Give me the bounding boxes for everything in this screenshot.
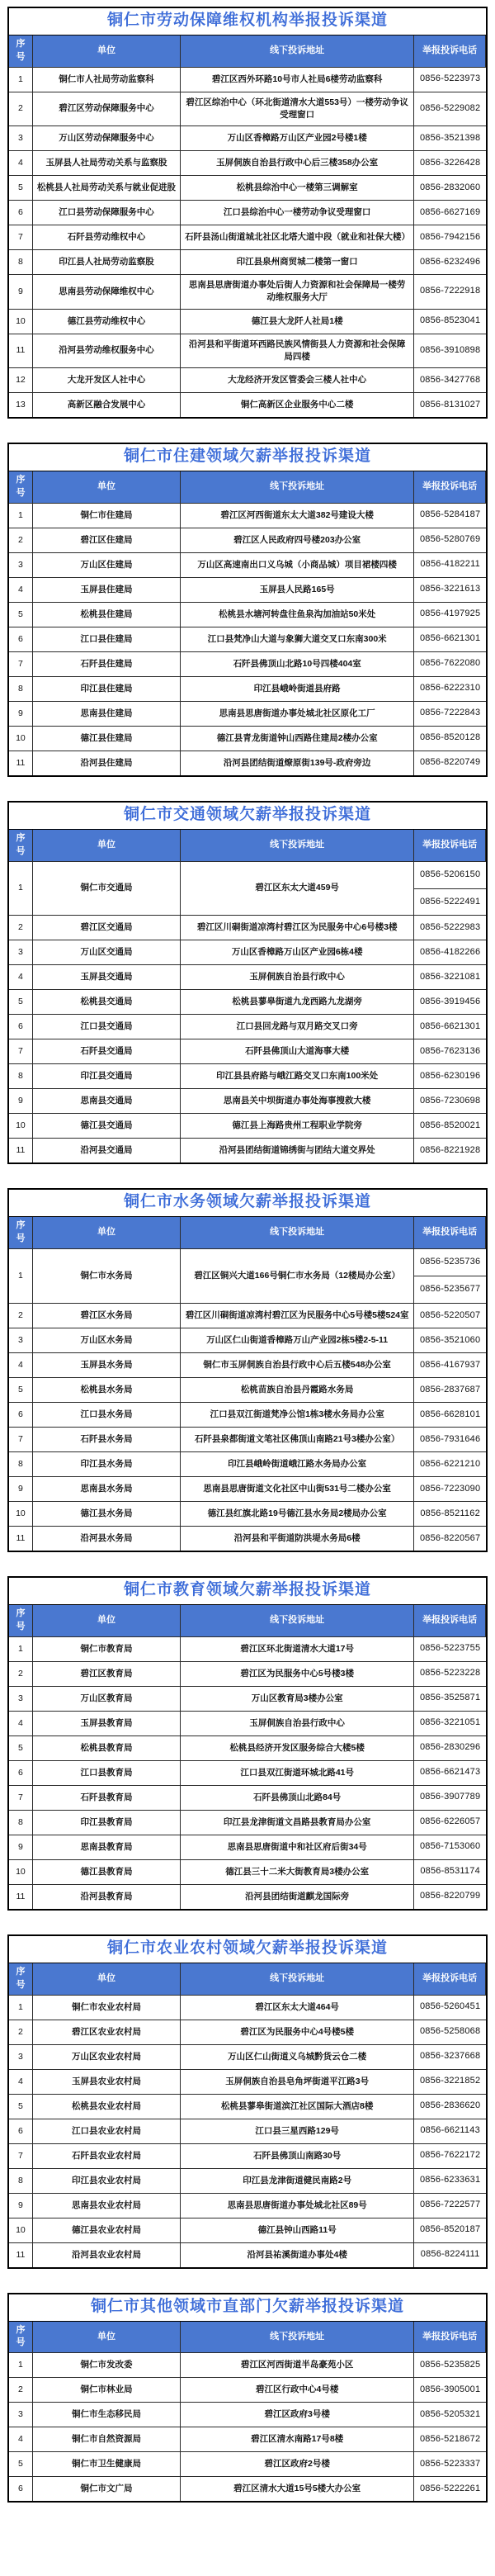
cell-address: 碧江区西外环路10号市人社局6楼劳动监察科	[181, 67, 414, 92]
cell-phone: 0856-2836620	[414, 2094, 486, 2119]
report-table: 铜仁市住建领域欠薪举报投诉渠道序号单位线下投诉地址举报投诉电话1铜仁市住建局碧江…	[7, 443, 488, 777]
cell-address: 思南县关中坝街道办事处海事搜救大楼	[181, 1088, 414, 1113]
cell-phone: 0856-7223090	[414, 1476, 486, 1501]
cell-no: 11	[9, 2242, 33, 2267]
phone-line: 0856-5235677	[414, 1276, 486, 1303]
table-row: 2碧江区农业农村局碧江区为民服务中心4号楼5楼0856-5258068	[9, 2020, 486, 2044]
cell-no: 2	[9, 528, 33, 552]
header-cell-unit: 单位	[33, 1605, 181, 1636]
header-cell-phone: 举报投诉电话	[414, 1605, 486, 1636]
cell-unit: 印江县人社局劳动监察股	[33, 249, 181, 274]
cell-address: 碧江区河西街道东太大道382号建设大楼	[181, 503, 414, 528]
cell-unit: 沿河县交通局	[33, 1138, 181, 1163]
cell-unit: 松桃县农业农村局	[33, 2094, 181, 2119]
table-row: 2碧江区教育局碧江区为民服务中心5号楼3楼0856-5223228	[9, 1661, 486, 1686]
header-cell-unit: 单位	[33, 1963, 181, 1995]
cell-phone: 0856-8520128	[414, 726, 486, 751]
cell-unit: 思南县农业农村局	[33, 2193, 181, 2218]
cell-no: 2	[9, 1303, 33, 1328]
cell-address: 石阡县汤山街道城北社区北塔大道中段（就业和社保大楼）	[181, 225, 414, 249]
cell-phone: 0856-7622080	[414, 651, 486, 676]
cell-phone: 0856-52357360856-5235677	[414, 1248, 486, 1303]
cell-phone: 0856-5223973	[414, 67, 486, 92]
table-row: 4玉屏县教育局玉屏侗族自治县行政中心0856-3221051	[9, 1711, 486, 1735]
cell-phone: 0856-7153060	[414, 1835, 486, 1859]
table-row: 3万山区水务局万山区仁山街道香樟路万山产业园2栋5楼2-5-110856-352…	[9, 1328, 486, 1352]
cell-phone: 0856-6621301	[414, 1014, 486, 1039]
cell-address: 德江县上海路贵州工程职业学院旁	[181, 1113, 414, 1138]
cell-phone: 0856-3919456	[414, 989, 486, 1014]
cell-no: 1	[9, 861, 33, 916]
cell-address: 德江县大龙阡人社局1楼	[181, 309, 414, 334]
cell-phone: 0856-5280769	[414, 528, 486, 552]
cell-phone: 0856-5235825	[414, 2352, 486, 2377]
cell-address: 石阡县佛顶山大道海事大楼	[181, 1039, 414, 1063]
cell-address: 碧江区清水大道15号5楼大办公室	[181, 2476, 414, 2501]
cell-address: 碧江区河西街道半岛豪苑小区	[181, 2352, 414, 2377]
table-row: 7石阡县劳动维权中心石阡县汤山街道城北社区北塔大道中段（就业和社保大楼）0856…	[9, 225, 486, 249]
cell-address: 德江县青龙街道钟山西路住建局2楼办公室	[181, 726, 414, 751]
cell-no: 1	[9, 503, 33, 528]
cell-address: 松桃县综治中心一楼第三调解室	[181, 175, 414, 200]
cell-unit: 江口县劳动保障服务中心	[33, 200, 181, 225]
table-header-row: 序号单位线下投诉地址举报投诉电话	[9, 1605, 486, 1636]
table-row: 10德江县水务局德江县红旗北路19号德江县水务局2楼局办公室0856-85211…	[9, 1501, 486, 1526]
cell-no: 3	[9, 1686, 33, 1711]
cell-no: 8	[9, 1451, 33, 1476]
table-row: 3万山区农业农村局万山区仁山街道义乌城黔货云仓二楼0856-3237668	[9, 2044, 486, 2069]
cell-no: 5	[9, 1735, 33, 1760]
cell-no: 7	[9, 225, 33, 249]
cell-address: 铜仁市玉屏侗族自治县行政中心后五楼548办公室	[181, 1352, 414, 1377]
cell-unit: 万山区农业农村局	[33, 2044, 181, 2069]
cell-phone: 0856-8520187	[414, 2218, 486, 2242]
cell-no: 11	[9, 751, 33, 775]
cell-address: 碧江区综治中心（环北街道清水大道553号）一楼劳动争议受理窗口	[181, 92, 414, 125]
table-header-row: 序号单位线下投诉地址举报投诉电话	[9, 2322, 486, 2353]
table-title: 铜仁市劳动保障维权机构举报投诉渠道	[9, 8, 486, 36]
table-row: 8印江县交通局印江县县府路与峨江路交叉口东南100米处0856-6230196	[9, 1063, 486, 1088]
cell-unit: 大龙开发区人社中心	[33, 367, 181, 392]
cell-unit: 万山区劳动保障服务中心	[33, 125, 181, 150]
cell-phone: 0856-3907789	[414, 1785, 486, 1810]
cell-unit: 印江县住建局	[33, 676, 181, 701]
cell-no: 10	[9, 1859, 33, 1884]
cell-address: 碧江区川硐街道凉湾村碧江区为民服务中心5号楼5楼524室	[181, 1303, 414, 1328]
table-row: 11沿河县交通局沿河县团结街道锦绣街与团结大道交界处0856-8221928	[9, 1138, 486, 1163]
cell-unit: 铜仁市文广局	[33, 2476, 181, 2501]
table-row: 4玉屏县住建局玉屏县人民路165号0856-3221613	[9, 577, 486, 602]
header-cell-phone: 举报投诉电话	[414, 471, 486, 503]
cell-phone: 0856-3427768	[414, 367, 486, 392]
cell-address: 思南县思唐街道文化社区中山街531号二楼办公室	[181, 1476, 414, 1501]
cell-phone: 0856-8220567	[414, 1526, 486, 1551]
table-header-row: 序号单位线下投诉地址举报投诉电话	[9, 471, 486, 503]
cell-address: 万山区仁山街道义乌城黔货云仓二楼	[181, 2044, 414, 2069]
table-row: 4玉屏县农业农村局玉屏侗族自治县皂角坪街道平江路3号0856-3221852	[9, 2069, 486, 2094]
cell-no: 6	[9, 200, 33, 225]
cell-no: 8	[9, 2168, 33, 2193]
cell-unit: 铜仁市发改委	[33, 2352, 181, 2377]
cell-no: 6	[9, 2119, 33, 2143]
cell-address: 江口县综治中心一楼劳动争议受理窗口	[181, 200, 414, 225]
cell-no: 7	[9, 1039, 33, 1063]
cell-unit: 铜仁市住建局	[33, 503, 181, 528]
header-cell-no: 序号	[9, 1605, 33, 1636]
table-row: 1铜仁市教育局碧江区环北街道清水大道17号0856-5223755	[9, 1636, 486, 1661]
cell-unit: 玉屏县交通局	[33, 964, 181, 989]
cell-address: 江口县三星西路129号	[181, 2119, 414, 2143]
cell-unit: 碧江区交通局	[33, 915, 181, 940]
cell-no: 11	[9, 334, 33, 367]
header-cell-phone: 举报投诉电话	[414, 1963, 486, 1995]
cell-phone: 0856-3521060	[414, 1328, 486, 1352]
cell-address: 碧江区为民服务中心5号楼3楼	[181, 1661, 414, 1686]
table-row: 3万山区住建局万山区高速南出口义乌城（小商品城）项目裙楼四楼0856-41822…	[9, 552, 486, 577]
table-row: 8印江县住建局印江县峨岭街道县府路0856-6222310	[9, 676, 486, 701]
cell-address: 印江县峨岭街道县府路	[181, 676, 414, 701]
header-cell-address: 线下投诉地址	[181, 2322, 414, 2353]
report-table: 铜仁市农业农村领域欠薪举报投诉渠道序号单位线下投诉地址举报投诉电话1铜仁市农业农…	[7, 1934, 488, 2269]
table-row: 11沿河县农业农村局沿河县祐溪街道办事处4楼0856-8224111	[9, 2242, 486, 2267]
cell-unit: 玉屏县人社局劳动关系与监察股	[33, 150, 181, 175]
cell-address: 德江县红旗北路19号德江县水务局2楼局办公室	[181, 1501, 414, 1526]
cell-no: 6	[9, 627, 33, 651]
cell-phone: 0856-6621301	[414, 627, 486, 651]
cell-phone: 0856-8520021	[414, 1113, 486, 1138]
cell-unit: 思南县水务局	[33, 1476, 181, 1501]
report-table: 铜仁市水务领域欠薪举报投诉渠道序号单位线下投诉地址举报投诉电话1铜仁市水务局碧江…	[7, 1188, 488, 1552]
cell-phone: 0856-5222983	[414, 915, 486, 940]
table-row: 8印江县人社局劳动监察股印江县泉州商贸城二楼第一窗口0856-6232496	[9, 249, 486, 274]
cell-address: 碧江区川硐街道凉湾村碧江区为民服务中心6号楼3楼	[181, 915, 414, 940]
cell-no: 3	[9, 2402, 33, 2427]
report-table: 铜仁市教育领域欠薪举报投诉渠道序号单位线下投诉地址举报投诉电话1铜仁市教育局碧江…	[7, 1576, 488, 1911]
cell-unit: 碧江区住建局	[33, 528, 181, 552]
cell-no: 10	[9, 1113, 33, 1138]
table-row: 11沿河县劳动维权服务中心沿河县和平街道环西路民族风情街县人力资源和社会保障局四…	[9, 334, 486, 367]
table-row: 2碧江区劳动保障服务中心碧江区综治中心（环北街道清水大道553号）一楼劳动争议受…	[9, 92, 486, 125]
header-cell-phone: 举报投诉电话	[414, 2322, 486, 2353]
cell-no: 6	[9, 1402, 33, 1427]
header-cell-no: 序号	[9, 1217, 33, 1248]
cell-address: 碧江区人民政府四号楼203办公室	[181, 528, 414, 552]
cell-phone: 0856-8221928	[414, 1138, 486, 1163]
table-row: 2碧江区住建局碧江区人民政府四号楼203办公室0856-5280769	[9, 528, 486, 552]
table-row: 7石阡县交通局石阡县佛顶山大道海事大楼0856-7623136	[9, 1039, 486, 1063]
cell-phone: 0856-8523041	[414, 309, 486, 334]
cell-address: 碧江区东太大道464号	[181, 1995, 414, 2020]
table-title: 铜仁市农业农村领域欠薪举报投诉渠道	[9, 1936, 486, 1963]
cell-address: 万山区高速南出口义乌城（小商品城）项目裙楼四楼	[181, 552, 414, 577]
cell-no: 1	[9, 67, 33, 92]
table-row: 3万山区交通局万山区香樟路万山区产业园6栋4楼0856-4182266	[9, 940, 486, 964]
table-row: 6江口县交通局江口县回龙路与双月路交叉口旁0856-6621301	[9, 1014, 486, 1039]
cell-no: 4	[9, 1711, 33, 1735]
cell-no: 5	[9, 989, 33, 1014]
table-row: 7石阡县住建局石阡县佛顶山北路10号四楼404室0856-7622080	[9, 651, 486, 676]
table-row: 7石阡县农业农村局石阡县佛顶山南路30号0856-7622172	[9, 2143, 486, 2168]
table-row: 8印江县水务局印江县峨岭街道峨江路水务局办公室0856-6221210	[9, 1451, 486, 1476]
table-row: 6江口县农业农村局江口县三星西路129号0856-6621143	[9, 2119, 486, 2143]
table-row: 9思南县农业农村局思南县思唐街道办事处城北社区89号0856-7222577	[9, 2193, 486, 2218]
table-row: 2碧江区交通局碧江区川硐街道凉湾村碧江区为民服务中心6号楼3楼0856-5222…	[9, 915, 486, 940]
cell-address: 松桃县蓼皋街道滨江社区国际大酒店8楼	[181, 2094, 414, 2119]
table-header-row: 序号单位线下投诉地址举报投诉电话	[9, 1963, 486, 1995]
cell-phone: 0856-5218672	[414, 2427, 486, 2451]
table-row: 9思南县劳动保障维权中心思南县思唐街道办事处后街人力资源和社会保障局一楼劳动维权…	[9, 274, 486, 308]
cell-no: 12	[9, 367, 33, 392]
cell-address: 万山区教育局3楼办公室	[181, 1686, 414, 1711]
table-row: 6江口县住建局江口县梵净山大道与象狮大道交叉口东南300米0856-662130…	[9, 627, 486, 651]
cell-no: 10	[9, 309, 33, 334]
cell-address: 思南县思唐街道办事处后街人力资源和社会保障局一楼劳动维权服务大厅	[181, 274, 414, 308]
table-row: 13高新区融合发展中心铜仁高新区企业服务中心二楼0856-8131027	[9, 392, 486, 417]
cell-unit: 江口县交通局	[33, 1014, 181, 1039]
page: 铜仁市劳动保障维权机构举报投诉渠道序号单位线下投诉地址举报投诉电话1铜仁市人社局…	[0, 0, 495, 2576]
table-row: 9思南县水务局思南县思唐街道文化社区中山街531号二楼办公室0856-72230…	[9, 1476, 486, 1501]
cell-address: 玉屏侗族自治县行政中心	[181, 964, 414, 989]
cell-unit: 铜仁市人社局劳动监察科	[33, 67, 181, 92]
table-row: 11沿河县水务局沿河县和平街道防洪堤水务局6楼0856-8220567	[9, 1526, 486, 1551]
cell-unit: 松桃县交通局	[33, 989, 181, 1014]
header-cell-phone: 举报投诉电话	[414, 1217, 486, 1248]
table-title: 铜仁市其他领域市直部门欠薪举报投诉渠道	[9, 2294, 486, 2322]
cell-phone: 0856-4197925	[414, 602, 486, 627]
table-row: 12大龙开发区人社中心大龙经济开发区管委会三楼人社中心0856-3427768	[9, 367, 486, 392]
cell-no: 5	[9, 602, 33, 627]
cell-no: 2	[9, 2020, 33, 2044]
cell-phone: 0856-6222310	[414, 676, 486, 701]
cell-address: 思南县思唐街道办事处城北社区89号	[181, 2193, 414, 2218]
header-cell-unit: 单位	[33, 2322, 181, 2353]
cell-no: 2	[9, 92, 33, 125]
table-row: 4玉屏县人社局劳动关系与监察股玉屏侗族自治县行政中心后三楼358办公室0856-…	[9, 150, 486, 175]
cell-unit: 江口县水务局	[33, 1402, 181, 1427]
cell-no: 6	[9, 1760, 33, 1785]
cell-unit: 高新区融合发展中心	[33, 392, 181, 417]
cell-address: 沿河县团结街道锦绣街与团结大道交界处	[181, 1138, 414, 1163]
header-cell-address: 线下投诉地址	[181, 830, 414, 861]
cell-phone: 0856-6233631	[414, 2168, 486, 2193]
cell-unit: 石阡县教育局	[33, 1785, 181, 1810]
cell-phone: 0856-3226428	[414, 150, 486, 175]
cell-no: 4	[9, 1352, 33, 1377]
cell-unit: 印江县教育局	[33, 1810, 181, 1835]
cell-phone: 0856-5223755	[414, 1636, 486, 1661]
cell-phone: 0856-4182211	[414, 552, 486, 577]
report-table: 铜仁市其他领域市直部门欠薪举报投诉渠道序号单位线下投诉地址举报投诉电话1铜仁市发…	[7, 2293, 488, 2503]
cell-unit: 江口县教育局	[33, 1760, 181, 1785]
cell-unit: 德江县交通局	[33, 1113, 181, 1138]
table-row: 4玉屏县交通局玉屏侗族自治县行政中心0856-3221081	[9, 964, 486, 989]
table-title: 铜仁市水务领域欠薪举报投诉渠道	[9, 1190, 486, 1217]
cell-unit: 德江县水务局	[33, 1501, 181, 1526]
cell-address: 玉屏侗族自治县皂角坪街道平江路3号	[181, 2069, 414, 2094]
cell-unit: 玉屏县农业农村局	[33, 2069, 181, 2094]
cell-no: 5	[9, 2451, 33, 2476]
cell-phone: 0856-7230698	[414, 1088, 486, 1113]
cell-unit: 沿河县农业农村局	[33, 2242, 181, 2267]
cell-unit: 铜仁市教育局	[33, 1636, 181, 1661]
table-row: 1铜仁市住建局碧江区河西街道东太大道382号建设大楼0856-5284187	[9, 503, 486, 528]
table-title: 铜仁市交通领域欠薪举报投诉渠道	[9, 803, 486, 830]
cell-phone: 0856-8220799	[414, 1884, 486, 1909]
table-row: 10德江县教育局德江县三十二米大街教育局3楼办公室0856-8531174	[9, 1859, 486, 1884]
cell-no: 4	[9, 577, 33, 602]
cell-unit: 思南县交通局	[33, 1088, 181, 1113]
cell-address: 碧江区政府2号楼	[181, 2451, 414, 2476]
cell-unit: 思南县劳动保障维权中心	[33, 274, 181, 308]
cell-no: 3	[9, 2044, 33, 2069]
header-cell-phone: 举报投诉电话	[414, 36, 486, 67]
cell-unit: 石阡县住建局	[33, 651, 181, 676]
table-row: 11沿河县住建局沿河县团结街道燎原街139号-政府旁边0856-8220749	[9, 751, 486, 775]
cell-unit: 思南县教育局	[33, 1835, 181, 1859]
cell-no: 9	[9, 274, 33, 308]
cell-phone: 0856-8224111	[414, 2242, 486, 2267]
cell-no: 7	[9, 2143, 33, 2168]
cell-no: 4	[9, 2069, 33, 2094]
cell-phone: 0856-6226057	[414, 1810, 486, 1835]
cell-no: 3	[9, 552, 33, 577]
cell-address: 碧江区为民服务中心4号楼5楼	[181, 2020, 414, 2044]
cell-no: 7	[9, 1785, 33, 1810]
table-row: 1铜仁市发改委碧江区河西街道半岛豪苑小区0856-5235825	[9, 2352, 486, 2377]
cell-phone: 0856-3221051	[414, 1711, 486, 1735]
table-row: 6江口县教育局江口县双江街道环城北路41号0856-6621473	[9, 1760, 486, 1785]
table-row: 3铜仁市生态移民局碧江区政府3号楼0856-5205321	[9, 2402, 486, 2427]
table-row: 6铜仁市文广局碧江区清水大道15号5楼大办公室0856-5222261	[9, 2476, 486, 2501]
cell-phone: 0856-5205321	[414, 2402, 486, 2427]
cell-phone: 0856-8531174	[414, 1859, 486, 1884]
cell-no: 9	[9, 701, 33, 726]
cell-phone: 0856-6621473	[414, 1760, 486, 1785]
cell-no: 7	[9, 1427, 33, 1451]
cell-address: 松桃苗族自治县丹霞路水务局	[181, 1377, 414, 1402]
cell-address: 玉屏侗族自治县行政中心	[181, 1711, 414, 1735]
cell-no: 2	[9, 1661, 33, 1686]
cell-phone: 0856-8220749	[414, 751, 486, 775]
table-row: 3万山区教育局万山区教育局3楼办公室0856-3525871	[9, 1686, 486, 1711]
header-cell-unit: 单位	[33, 830, 181, 861]
cell-unit: 碧江区劳动保障服务中心	[33, 92, 181, 125]
cell-no: 10	[9, 1501, 33, 1526]
cell-unit: 松桃县教育局	[33, 1735, 181, 1760]
header-cell-address: 线下投诉地址	[181, 1605, 414, 1636]
table-row: 1铜仁市人社局劳动监察科碧江区西外环路10号市人社局6楼劳动监察科0856-52…	[9, 67, 486, 92]
table-row: 10德江县交通局德江县上海路贵州工程职业学院旁0856-8520021	[9, 1113, 486, 1138]
cell-unit: 铜仁市水务局	[33, 1248, 181, 1303]
cell-address: 江口县回龙路与双月路交叉口旁	[181, 1014, 414, 1039]
cell-address: 思南县思唐街道办事处城北社区原化工厂	[181, 701, 414, 726]
cell-no: 6	[9, 2476, 33, 2501]
table-row: 4铜仁市自然资源局碧江区清水南路17号8楼0856-5218672	[9, 2427, 486, 2451]
cell-unit: 沿河县住建局	[33, 751, 181, 775]
cell-address: 印江县泉州商贸城二楼第一窗口	[181, 249, 414, 274]
cell-address: 万山区仁山街道香樟路万山产业园2栋5楼2-5-11	[181, 1328, 414, 1352]
cell-no: 1	[9, 1636, 33, 1661]
table-row: 6江口县劳动保障服务中心江口县综治中心一楼劳动争议受理窗口0856-662716…	[9, 200, 486, 225]
cell-address: 松桃县经济开发区服务综合大楼5楼	[181, 1735, 414, 1760]
cell-address: 沿河县祐溪街道办事处4楼	[181, 2242, 414, 2267]
cell-phone: 0856-5222261	[414, 2476, 486, 2501]
cell-unit: 思南县住建局	[33, 701, 181, 726]
cell-phone: 0856-7942156	[414, 225, 486, 249]
cell-address: 碧江区铜兴大道166号铜仁市水务局（12楼局办公室）	[181, 1248, 414, 1303]
cell-phone: 0856-6621143	[414, 2119, 486, 2143]
table-header-row: 序号单位线下投诉地址举报投诉电话	[9, 1217, 486, 1248]
table-row: 8印江县教育局印江县龙津街道文昌路县教育局办公室0856-6226057	[9, 1810, 486, 1835]
cell-address: 思南县思唐街道中和社区府后街34号	[181, 1835, 414, 1859]
cell-address: 江口县双江街道环城北路41号	[181, 1760, 414, 1785]
cell-address: 碧江区环北街道清水大道17号	[181, 1636, 414, 1661]
cell-address: 印江县龙津街道健民南路2号	[181, 2168, 414, 2193]
cell-phone: 0856-3221613	[414, 577, 486, 602]
cell-no: 5	[9, 1377, 33, 1402]
cell-phone: 0856-3221852	[414, 2069, 486, 2094]
table-row: 3万山区劳动保障服务中心万山区香樟路万山区产业园2号楼1楼0856-352139…	[9, 125, 486, 150]
cell-no: 2	[9, 2377, 33, 2402]
cell-unit: 沿河县教育局	[33, 1884, 181, 1909]
cell-unit: 万山区交通局	[33, 940, 181, 964]
cell-address: 石阡县佛顶山南路30号	[181, 2143, 414, 2168]
cell-phone: 0856-3521398	[414, 125, 486, 150]
cell-no: 9	[9, 2193, 33, 2218]
cell-address: 印江县县府路与峨江路交叉口东南100米处	[181, 1063, 414, 1088]
cell-phone: 0856-3910898	[414, 334, 486, 367]
cell-no: 3	[9, 940, 33, 964]
phone-line: 0856-5235736	[414, 1249, 486, 1276]
cell-address: 大龙经济开发区管委会三楼人社中心	[181, 367, 414, 392]
cell-phone: 0856-8131027	[414, 392, 486, 417]
header-cell-no: 序号	[9, 2322, 33, 2353]
header-cell-address: 线下投诉地址	[181, 1963, 414, 1995]
cell-phone: 0856-5258068	[414, 2020, 486, 2044]
cell-address: 德江县钟山西路11号	[181, 2218, 414, 2242]
table-row: 7石阡县教育局石阡县佛顶山北路84号0856-3907789	[9, 1785, 486, 1810]
header-cell-unit: 单位	[33, 1217, 181, 1248]
cell-address: 碧江区东太大道459号	[181, 861, 414, 916]
table-row: 1铜仁市水务局碧江区铜兴大道166号铜仁市水务局（12楼局办公室）0856-52…	[9, 1248, 486, 1303]
cell-unit: 江口县农业农村局	[33, 2119, 181, 2143]
cell-no: 1	[9, 1995, 33, 2020]
cell-unit: 玉屏县水务局	[33, 1352, 181, 1377]
cell-unit: 德江县住建局	[33, 726, 181, 751]
cell-unit: 松桃县人社局劳动关系与就业促进股	[33, 175, 181, 200]
cell-address: 沿河县和平街道防洪堤水务局6楼	[181, 1526, 414, 1551]
cell-unit: 万山区住建局	[33, 552, 181, 577]
table-title: 铜仁市教育领域欠薪举报投诉渠道	[9, 1578, 486, 1605]
cell-address: 万山区香樟路万山区产业园6栋4楼	[181, 940, 414, 964]
cell-phone: 0856-2837687	[414, 1377, 486, 1402]
cell-no: 3	[9, 1328, 33, 1352]
cell-no: 11	[9, 1526, 33, 1551]
table-row: 10德江县住建局德江县青龙街道钟山西路住建局2楼办公室0856-8520128	[9, 726, 486, 751]
table-row: 5铜仁市卫生健康局碧江区政府2号楼0856-5223337	[9, 2451, 486, 2476]
header-cell-address: 线下投诉地址	[181, 1217, 414, 1248]
table-row: 9思南县教育局思南县思唐街道中和社区府后街34号0856-7153060	[9, 1835, 486, 1859]
cell-phone: 0856-7622172	[414, 2143, 486, 2168]
cell-address: 玉屏侗族自治县行政中心后三楼358办公室	[181, 150, 414, 175]
report-table: 铜仁市交通领域欠薪举报投诉渠道序号单位线下投诉地址举报投诉电话1铜仁市交通局碧江…	[7, 801, 488, 1165]
cell-phone: 0856-6627169	[414, 200, 486, 225]
cell-no: 2	[9, 915, 33, 940]
cell-unit: 碧江区水务局	[33, 1303, 181, 1328]
cell-phone: 0856-4182266	[414, 940, 486, 964]
table-row: 5松桃县住建局松桃县水塘河转盘往鱼泉沟加油站50米处0856-4197925	[9, 602, 486, 627]
cell-no: 1	[9, 1248, 33, 1303]
